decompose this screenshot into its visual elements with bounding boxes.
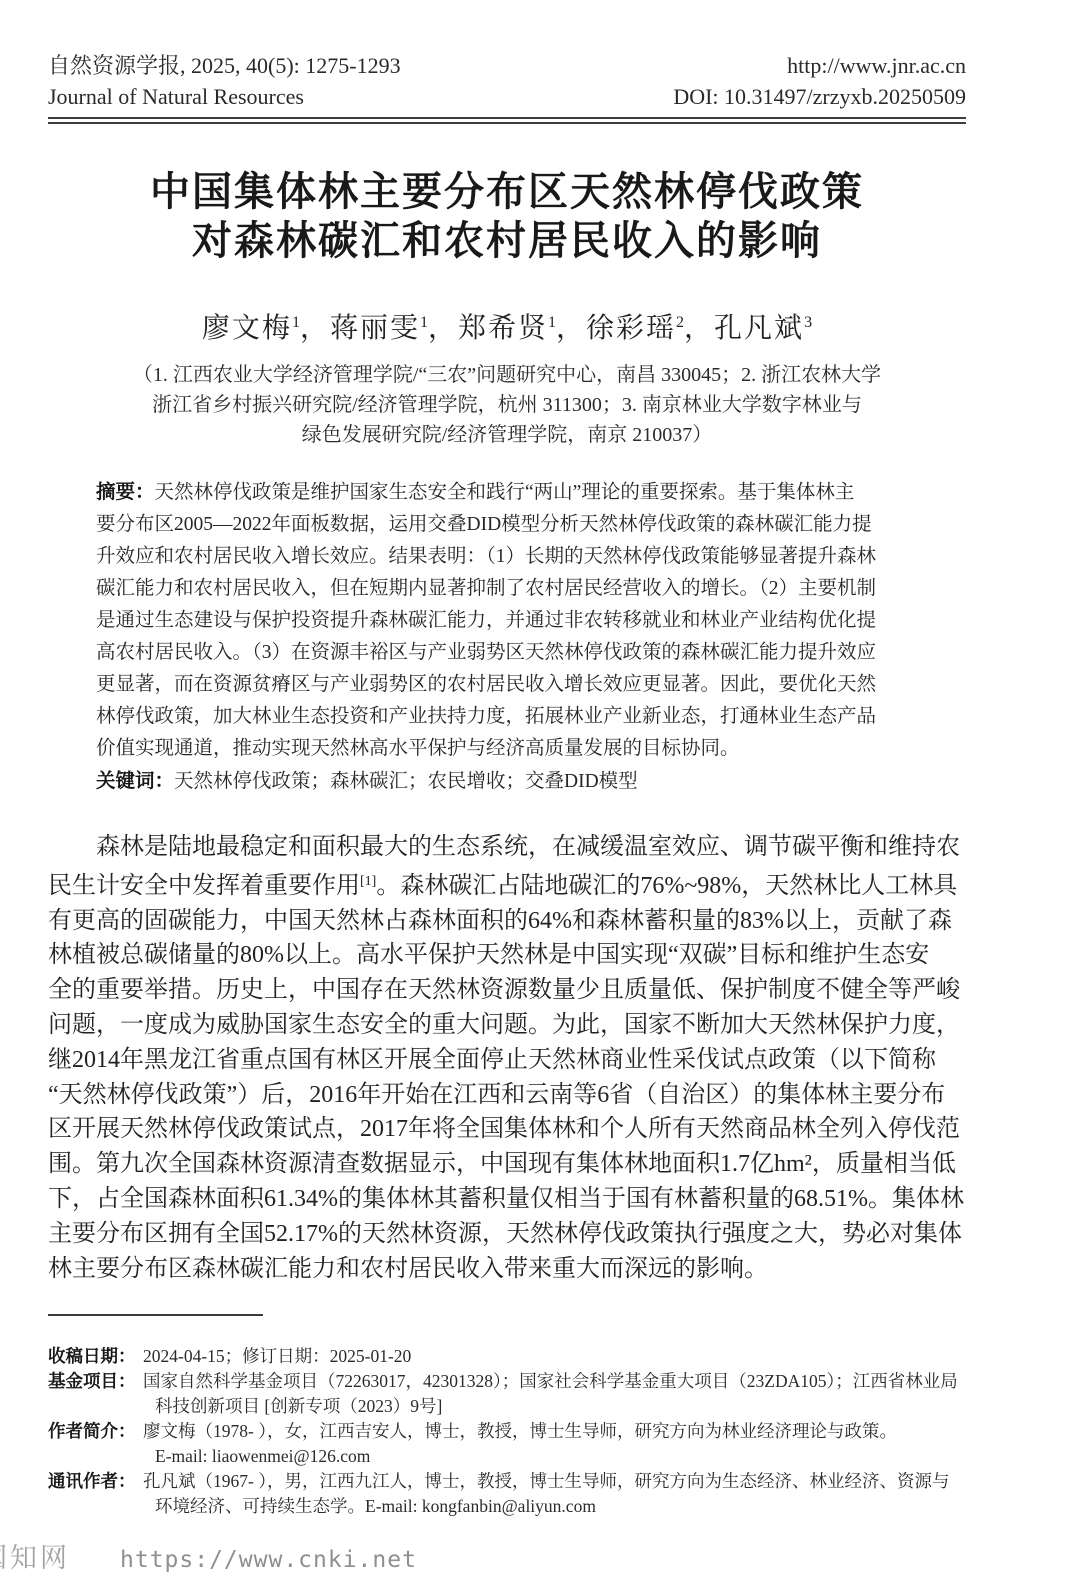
- footnote-text-cont: E-mail: liaowenmei@126.com: [143, 1444, 990, 1469]
- article-title-line2: 对森林碳汇和农村居民收入的影响: [48, 217, 966, 266]
- abstract-line: 价值实现通道，推动实现天然林高水平保护与经济高质量发展的目标协同。: [96, 733, 946, 765]
- body-line: 民生计安全中发挥着重要作用[1]。森林碳汇占陆地碳汇的76%~98%，天然林比人…: [48, 865, 970, 904]
- abstract-line: 升效应和农村居民收入增长效应。结果表明：（1）长期的天然林停伐政策能够显著提升森…: [96, 541, 946, 573]
- body-line: 围。第九次全国森林资源清查数据显示，中国现有集体林地面积1.7亿hm²，质量相当…: [48, 1147, 970, 1182]
- abstract-line: 摘要：天然林停伐政策是维护国家生态安全和践行“两山”理论的重要探索。基于集体林主: [96, 476, 946, 509]
- author-separator: ，: [300, 313, 330, 344]
- journal-url: http://www.jnr.ac.cn: [787, 50, 966, 81]
- abstract-label: 摘要：: [96, 481, 155, 503]
- abstract-line: 更显著，而在资源贫瘠区与产业弱势区的农村居民收入增长效应更显著。因此，要优化天然: [96, 669, 946, 701]
- body-line: 森林是陆地最稳定和面积最大的生态系统，在减缓温室效应、调节碳平衡和维持农: [48, 830, 970, 865]
- author-separator: ，: [556, 313, 586, 344]
- author-affil-sup: 2: [676, 314, 684, 331]
- header-divider: [48, 117, 966, 124]
- footnote-text-cont: 科技创新项目 [创新专项（2023）9号]: [143, 1394, 990, 1419]
- affiliations: （1. 江西农业大学经济管理学院/“三农”问题研究中心，南昌 330045；2.…: [48, 360, 966, 450]
- cnki-watermark: 中国知网 https://www.cnki.net: [0, 1540, 417, 1581]
- author-name: 郑希贤: [458, 313, 548, 344]
- journal-doi: DOI: 10.31497/zrzyxb.20250509: [673, 81, 966, 112]
- journal-name-en: Journal of Natural Resources: [48, 81, 304, 112]
- author-affil-sup: 1: [292, 314, 300, 331]
- abstract-line: 林停伐政策，加大林业生态投资和产业扶持力度，拓展林业产业新业态，打通林业生态产品: [96, 701, 946, 733]
- author-affil-sup: 1: [420, 314, 428, 331]
- body-line: 有更高的固碳能力，中国天然林占森林面积的64%和森林蓄积量的83%以上，贡献了森: [48, 904, 970, 939]
- body-line: 区开展天然林停伐政策试点，2017年将全国集体林和个人所有天然商品林全列入停伐范: [48, 1112, 970, 1147]
- cnki-watermark-url: https://www.cnki.net: [120, 1542, 417, 1578]
- citation-ref: [1]: [360, 874, 376, 889]
- affiliation-line: 浙江省乡村振兴研究院/经济管理学院，杭州 311300；3. 南京林业大学数字林…: [48, 390, 966, 420]
- author-list: 廖文梅1，蒋丽雯1，郑希贤1，徐彩瑶2，孔凡斌3: [48, 306, 966, 346]
- footnote-label: 作者简介：: [48, 1419, 136, 1444]
- body-paragraph: 森林是陆地最稳定和面积最大的生态系统，在减缓温室效应、调节碳平衡和维持农 民生计…: [48, 830, 970, 1286]
- footnote-received-dates: 收稿日期： 2024-04-15；修订日期：2025-01-20: [48, 1344, 990, 1369]
- body-line: 问题，一度成为威胁国家生态安全的重大问题。为此，国家不断加大天然林保护力度，: [48, 1008, 970, 1043]
- footnote-text: 廖文梅（1978- ），女，江西吉安人，博士，教授，博士生导师，研究方向为林业经…: [143, 1419, 990, 1444]
- body-line: 主要分布区拥有全国52.17%的天然林资源，天然林停伐政策执行强度之大，势必对集…: [48, 1217, 970, 1252]
- affiliation-line: 绿色发展研究院/经济管理学院，南京 210037）: [48, 420, 966, 450]
- footnote-text: 2024-04-15；修订日期：2025-01-20: [143, 1344, 990, 1369]
- journal-header: 自然资源学报, 2025, 40(5): 1275-1293 http://ww…: [48, 50, 966, 112]
- author-separator: ，: [684, 313, 714, 344]
- footnote-text: 孔凡斌（1967- ），男，江西九江人，博士，教授，博士生导师，研究方向为生态经…: [143, 1469, 990, 1494]
- author-name: 蒋丽雯: [330, 313, 420, 344]
- abstract-line: 是通过生态建设与保护投资提升森林碳汇能力，并通过非农转移就业和林业产业结构优化提: [96, 605, 946, 637]
- author-separator: ，: [428, 313, 458, 344]
- footnote-author-bio: 作者简介： 廖文梅（1978- ），女，江西吉安人，博士，教授，博士生导师，研究…: [48, 1419, 990, 1469]
- author-affil-sup: 1: [548, 314, 556, 331]
- body-line: 林主要分布区森林碳汇能力和农村居民收入带来重大而深远的影响。: [48, 1252, 970, 1287]
- footnote-text-cont: 环境经济、可持续生态学。E-mail: kongfanbin@aliyun.co…: [143, 1494, 990, 1519]
- journal-citation-cn: 自然资源学报, 2025, 40(5): 1275-1293: [48, 50, 401, 81]
- body-line: 林植被总碳储量的80%以上。高水平保护天然林是中国实现“双碳”目标和维护生态安: [48, 938, 970, 973]
- author-name: 徐彩瑶: [586, 313, 676, 344]
- footnote-corresponding-author: 通讯作者： 孔凡斌（1967- ），男，江西九江人，博士，教授，博士生导师，研究…: [48, 1469, 990, 1519]
- article-title-line1: 中国集体林主要分布区天然林停伐政策: [48, 168, 966, 217]
- body-line: 继2014年黑龙江省重点国有林区开展全面停止天然林商业性采伐试点政策（以下简称: [48, 1043, 970, 1078]
- keywords-text: 天然林停伐政策；森林碳汇；农民增收；交叠DID模型: [174, 771, 638, 792]
- footnote-funding: 基金项目： 国家自然科学基金项目（72263017，42301328）；国家社会…: [48, 1369, 990, 1419]
- paper-page: 自然资源学报, 2025, 40(5): 1275-1293 http://ww…: [0, 0, 1080, 1582]
- author-name: 廖文梅: [202, 313, 292, 344]
- author-affil-sup: 3: [804, 314, 812, 331]
- footnote-text: 国家自然科学基金项目（72263017，42301328）；国家社会科学基金重大…: [143, 1369, 990, 1394]
- cnki-watermark-cn: 中国知网: [0, 1540, 70, 1576]
- keywords-line: 关键词：天然林停伐政策；森林碳汇；农民增收；交叠DID模型: [96, 765, 946, 798]
- footnote-label: 通讯作者：: [48, 1469, 136, 1494]
- affiliation-line: （1. 江西农业大学经济管理学院/“三农”问题研究中心，南昌 330045；2.…: [48, 360, 966, 390]
- footnote-label: 基金项目：: [48, 1369, 136, 1394]
- footnote-label: 收稿日期：: [48, 1344, 136, 1369]
- footnotes-block: 收稿日期： 2024-04-15；修订日期：2025-01-20 基金项目： 国…: [48, 1344, 990, 1519]
- abstract-block: 摘要：天然林停伐政策是维护国家生态安全和践行“两山”理论的重要探索。基于集体林主…: [96, 476, 946, 798]
- body-line: 全的重要举措。历史上，中国存在天然林资源数量少且质量低、保护制度不健全等严峻: [48, 973, 970, 1008]
- abstract-line: 碳汇能力和农村居民收入，但在短期内显著抑制了农村居民经营收入的增长。（2）主要机…: [96, 573, 946, 605]
- keywords-label: 关键词：: [96, 770, 174, 792]
- article-title: 中国集体林主要分布区天然林停伐政策 对森林碳汇和农村居民收入的影响: [48, 168, 966, 266]
- body-line: 下，占全国森林面积61.34%的集体林其蓄积量仅相当于国有林蓄积量的68.51%…: [48, 1182, 970, 1217]
- body-line: “天然林停伐政策”）后，2016年开始在江西和云南等6省（自治区）的集体林主要分…: [48, 1078, 970, 1113]
- abstract-line: 要分布区2005—2022年面板数据，运用交叠DID模型分析天然林停伐政策的森林…: [96, 509, 946, 541]
- author-name: 孔凡斌: [714, 313, 804, 344]
- footnote-divider: [48, 1314, 263, 1316]
- abstract-line: 高农村居民收入。（3）在资源丰裕区与产业弱势区天然林停伐政策的森林碳汇能力提升效…: [96, 637, 946, 669]
